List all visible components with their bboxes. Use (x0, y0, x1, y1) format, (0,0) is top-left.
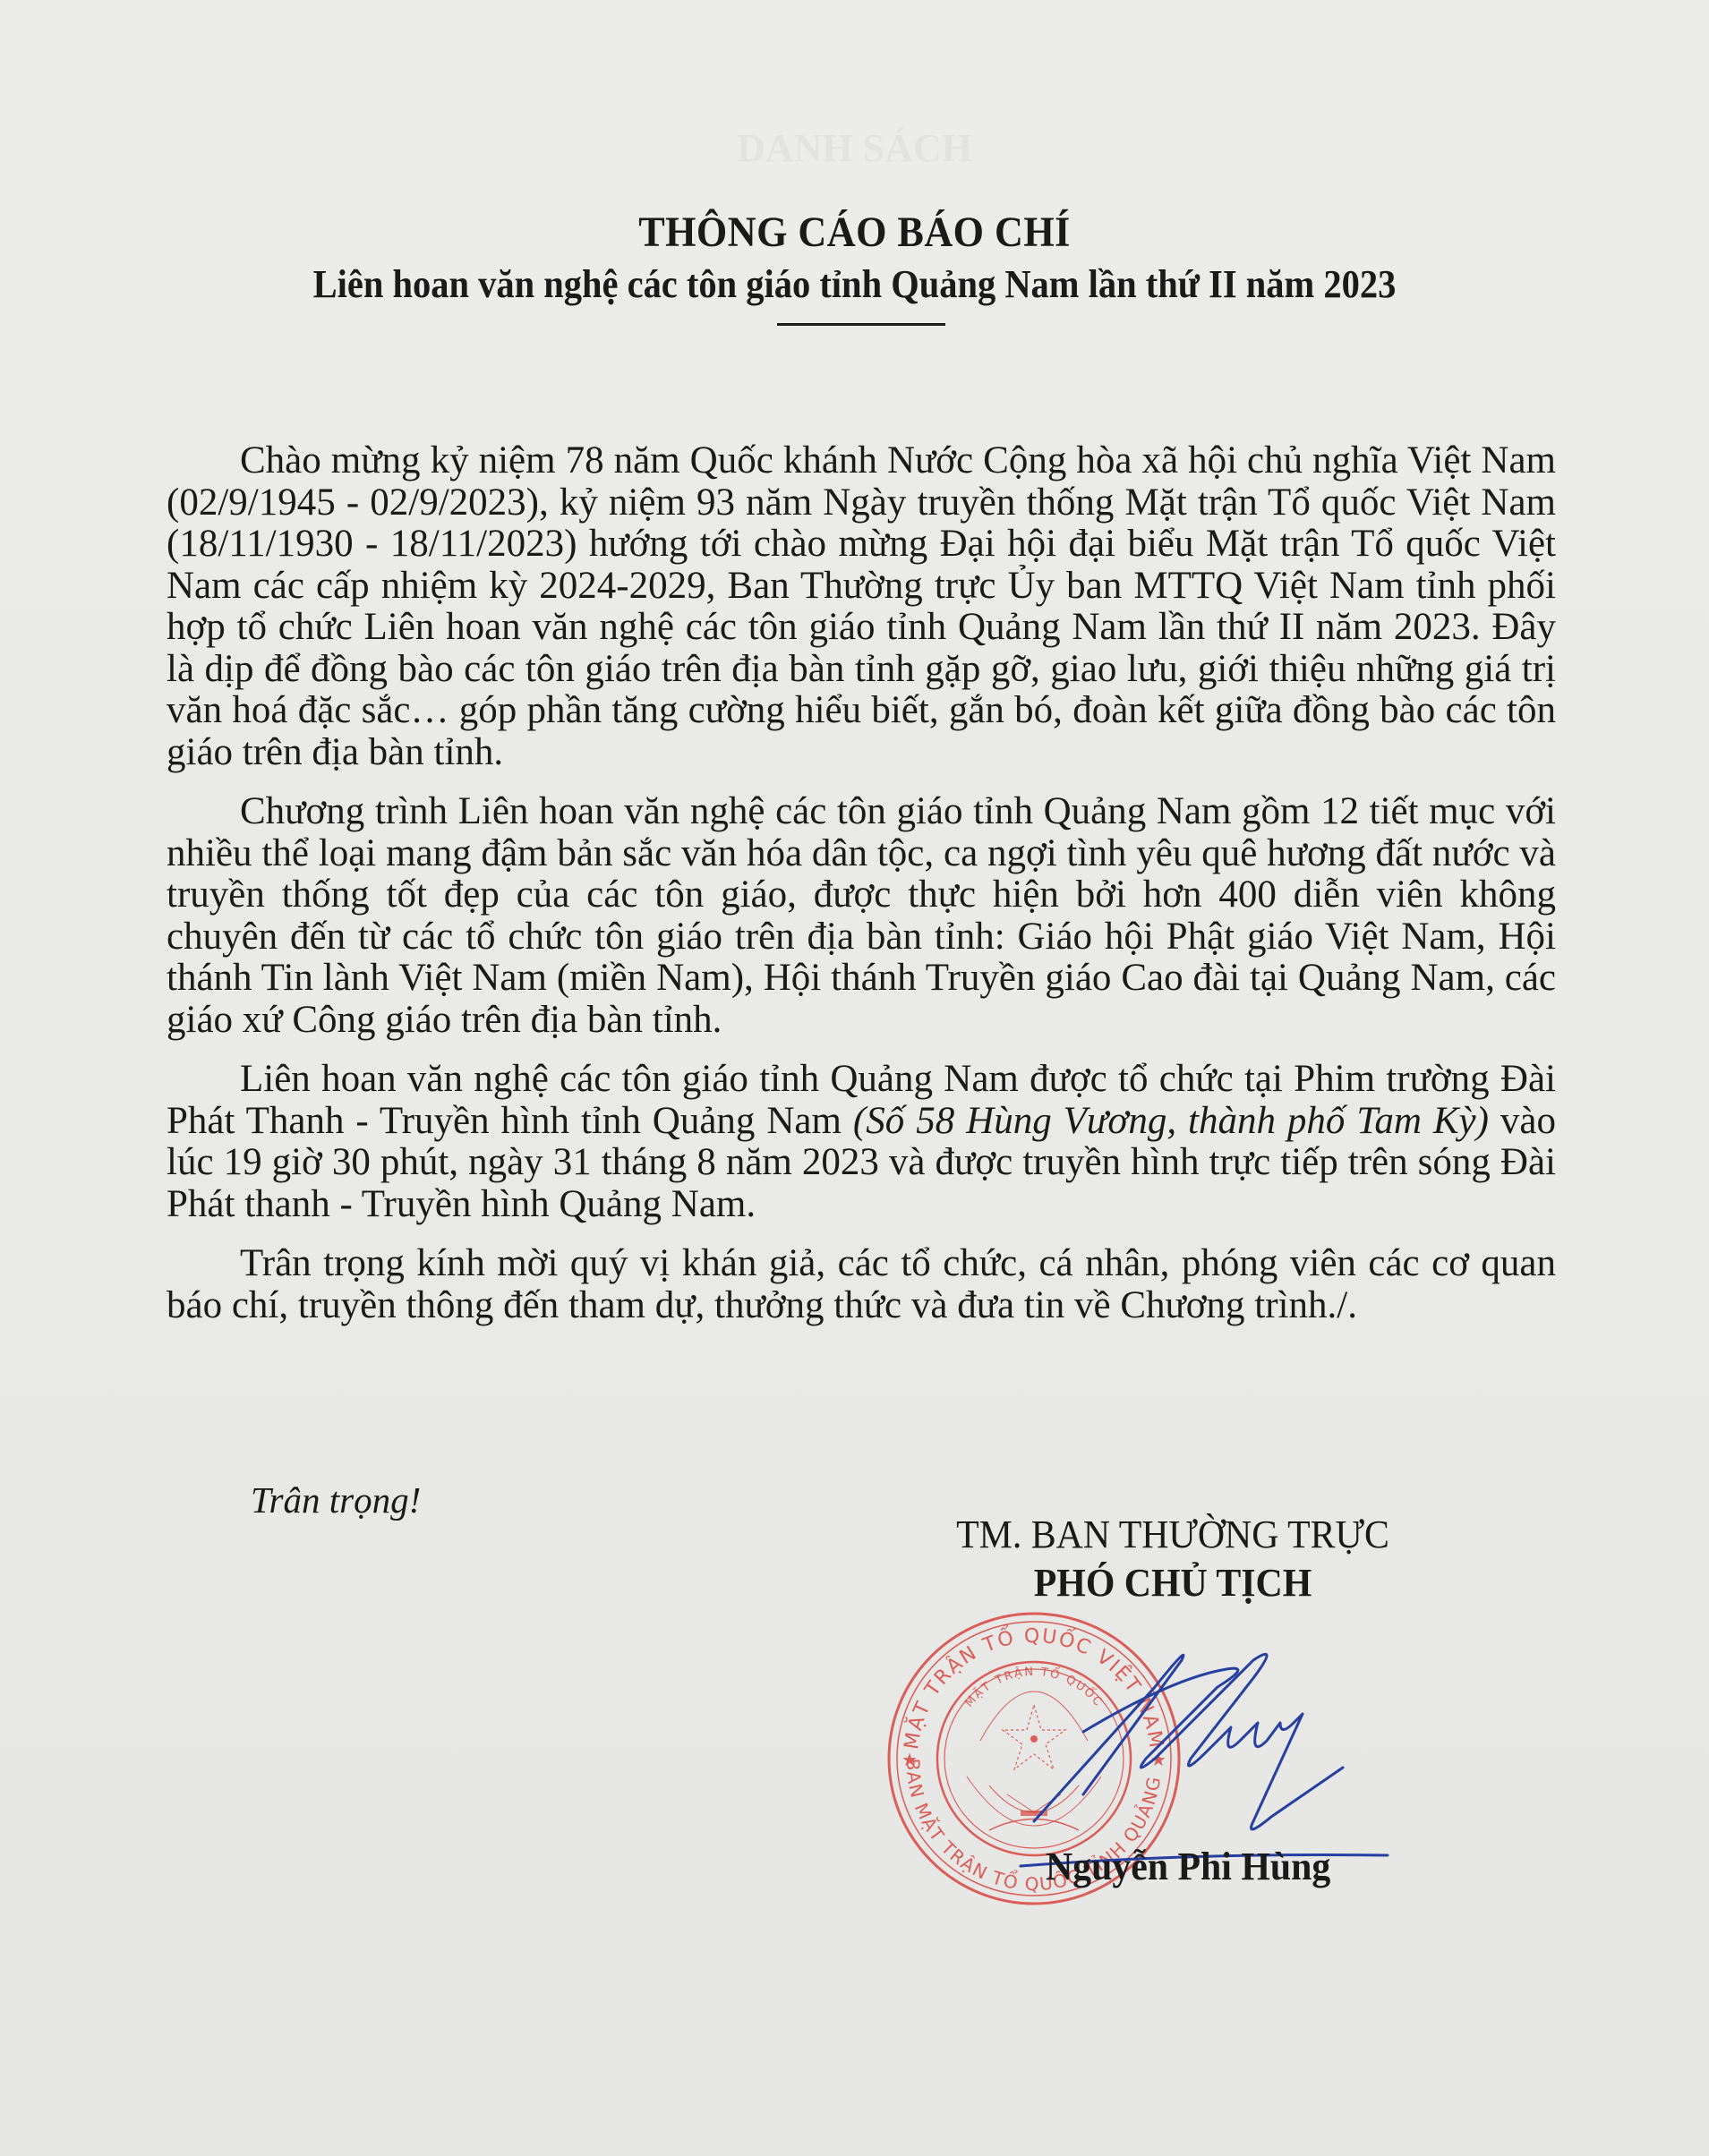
signatory-role: PHÓ CHỦ TỊCH (918, 1559, 1428, 1607)
paragraph-intro: Chào mừng kỷ niệm 78 năm Quốc khánh Nước… (167, 440, 1556, 773)
press-release-page: DANH SÁCH THÔNG CÁO BÁO CHÍ Liên hoan vă… (0, 0, 1709, 2156)
bleed-through-text: DANH SÁCH (0, 125, 1709, 171)
paragraph-program: Chương trình Liên hoan văn nghệ các tôn … (167, 791, 1556, 1041)
title-underline-divider (777, 323, 945, 326)
closing-salutation: Trân trọng! (251, 1479, 421, 1521)
signatory-name: Nguyễn Phi Hùng (1046, 1844, 1330, 1889)
svg-text:★: ★ (901, 1749, 918, 1770)
paragraph-invitation: Trân trọng kính mời quý vị khán giả, các… (167, 1243, 1556, 1326)
venue-address: (Số 58 Hùng Vương, thành phố Tam Kỳ) (853, 1100, 1489, 1142)
document-subtitle: Liên hoan văn nghệ các tôn giáo tỉnh Quả… (68, 261, 1640, 307)
document-title: THÔNG CÁO BÁO CHÍ (68, 208, 1640, 257)
signature-block: TM. BAN THƯỜNG TRỰC PHÓ CHỦ TỊCH (904, 1511, 1441, 1607)
handwritten-signature-icon (1012, 1624, 1414, 1875)
document-body: Chào mừng kỷ niệm 78 năm Quốc khánh Nước… (167, 440, 1556, 1344)
paragraph-venue: Liên hoan văn nghệ các tôn giáo tỉnh Quả… (167, 1059, 1556, 1225)
signatory-organization: TM. BAN THƯỜNG TRỰC (918, 1511, 1428, 1559)
